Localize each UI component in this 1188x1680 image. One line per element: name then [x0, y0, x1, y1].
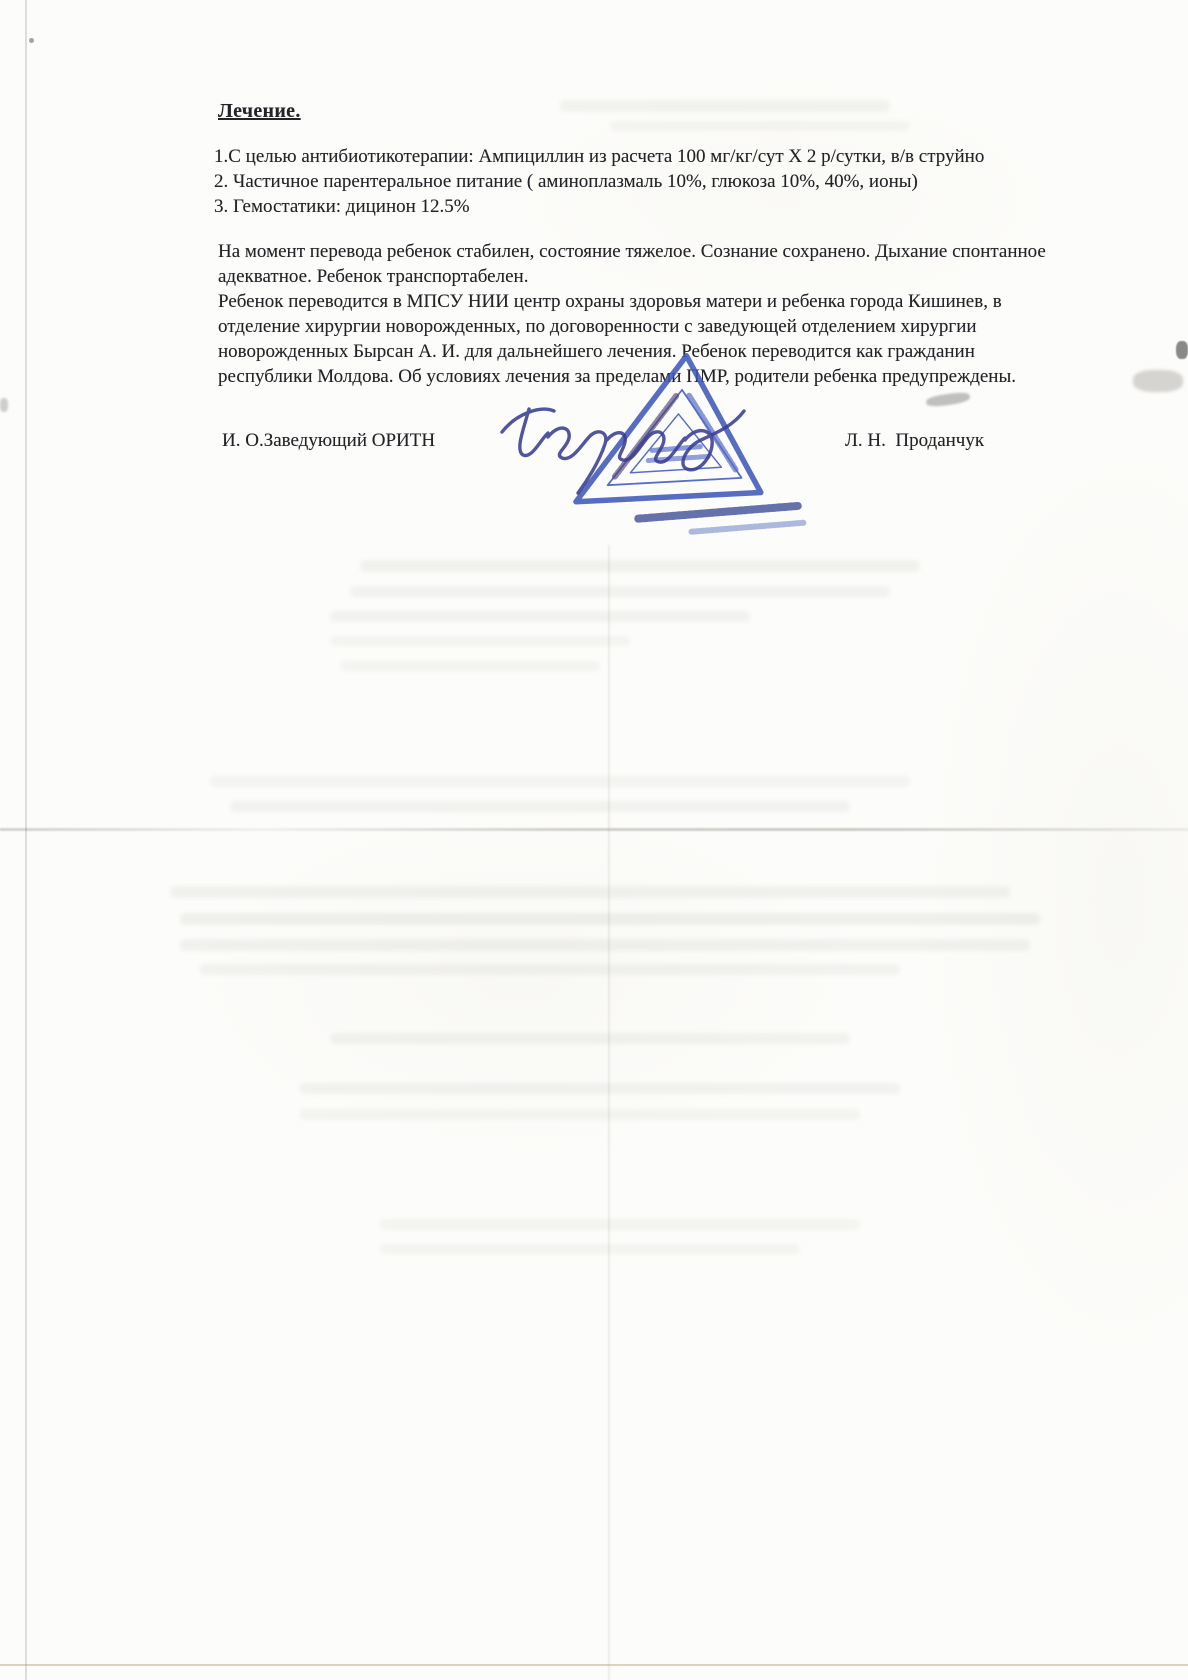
scan-speck: [29, 38, 34, 43]
signatory-title: И. О.Заведующий ОРИТН: [222, 430, 435, 452]
bleed-through-artifact: [210, 776, 910, 787]
treatment-list: 1.С целью антибиотикотерапии: Ампициллин…: [214, 144, 984, 219]
bleed-through-artifact: [230, 801, 850, 812]
bleed-through-artifact: [340, 661, 600, 671]
bleed-through-artifact: [330, 1033, 850, 1044]
scan-smudge: [1176, 341, 1188, 359]
scan-smudge: [0, 398, 8, 412]
treatment-item: 1.С целью антибиотикотерапии: Ампициллин…: [214, 144, 984, 169]
bleed-through-artifact: [350, 586, 890, 597]
bleed-through-artifact: [200, 964, 900, 975]
bleed-through-artifact: [330, 636, 630, 646]
signatory-name: Л. Н. Проданчук: [845, 430, 984, 452]
scan-smudge: [925, 391, 970, 408]
bleed-through-artifact: [380, 1244, 800, 1254]
bleed-through-artifact: [560, 100, 890, 112]
paper-edge-left: [25, 0, 27, 1680]
handwritten-signature: [490, 388, 760, 503]
bleed-through-artifact: [360, 560, 920, 572]
bleed-through-artifact: [180, 913, 1040, 925]
bleed-through-artifact: [610, 121, 910, 131]
scanned-document-page: Лечение. 1.С целью антибиотикотерапии: А…: [0, 0, 1188, 1680]
bleed-through-artifact: [330, 611, 750, 622]
bleed-through-artifact: [300, 1083, 900, 1094]
paper-edge-bottom: [0, 1664, 1188, 1666]
treatment-item: 3. Гемостатики: дицинон 12.5%: [214, 194, 984, 219]
treatment-item: 2. Частичное парентеральное питание ( ам…: [214, 169, 984, 194]
fold-crease-horizontal: [0, 828, 1188, 831]
document-heading: Лечение.: [218, 100, 301, 123]
bleed-through-artifact: [380, 1219, 860, 1230]
paragraph: На момент перевода ребенок стабилен, сос…: [218, 239, 1050, 289]
bleed-through-artifact: [300, 1109, 860, 1120]
scan-smudge: [1133, 370, 1183, 392]
bleed-through-artifact: [170, 886, 1010, 898]
bleed-through-artifact: [180, 939, 1030, 951]
